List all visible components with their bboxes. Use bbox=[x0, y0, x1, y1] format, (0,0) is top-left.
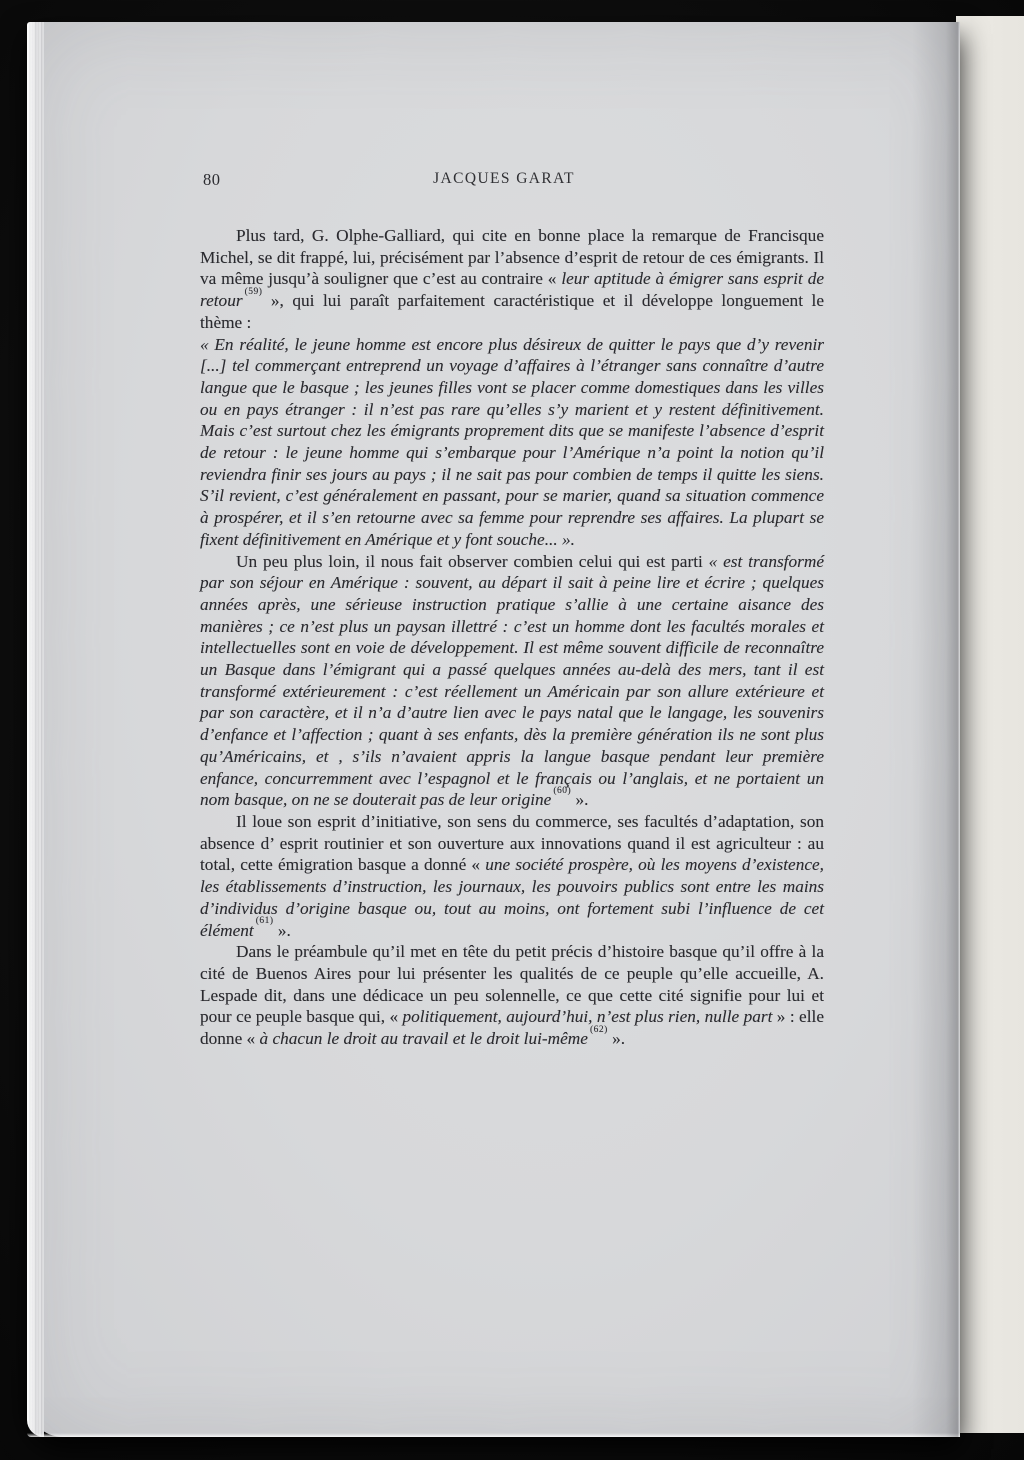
text-run: « est transformé par son séjour en Améri… bbox=[200, 552, 824, 810]
text-run: ». bbox=[571, 790, 588, 809]
page-header: 80 JACQUES GARAT bbox=[200, 170, 822, 192]
text-run: ». bbox=[608, 1029, 625, 1048]
text-run: Un peu plus loin, il nous fait observer … bbox=[236, 552, 709, 571]
footnote-ref: (59) bbox=[245, 287, 263, 297]
page-bottom-edge bbox=[27, 1433, 960, 1437]
book-page: 80 JACQUES GARAT Plus tard, G. Olphe-Gal… bbox=[27, 22, 960, 1437]
text-run: « En réalité, le jeune homme est encore … bbox=[200, 335, 824, 549]
paragraph: « En réalité, le jeune homme est encore … bbox=[200, 334, 824, 551]
photo-background: 80 JACQUES GARAT Plus tard, G. Olphe-Gal… bbox=[0, 0, 1024, 1460]
text-run: », qui lui paraît parfaitement caractéri… bbox=[200, 291, 824, 332]
footnote-ref: (60) bbox=[553, 786, 571, 796]
paragraph: Il loue son esprit d’initiative, son sen… bbox=[200, 811, 824, 941]
text-run: politiquement, aujourd’hui, n’est plus r… bbox=[403, 1007, 773, 1026]
running-title: JACQUES GARAT bbox=[200, 170, 808, 188]
text-run: à chacun le droit au travail et le droit… bbox=[260, 1029, 588, 1048]
footnote-ref: (62) bbox=[590, 1025, 608, 1035]
page-stack-edges bbox=[27, 22, 44, 1437]
paragraph: Dans le préambule qu’il met en tête du p… bbox=[200, 941, 824, 1050]
footnote-ref: (61) bbox=[256, 916, 274, 926]
text-run: ». bbox=[274, 921, 291, 940]
facing-page bbox=[956, 16, 1024, 1433]
body-text: Plus tard, G. Olphe-Galliard, qui cite e… bbox=[200, 225, 824, 1050]
paragraph: Un peu plus loin, il nous fait observer … bbox=[200, 551, 824, 811]
gutter-shadow bbox=[912, 22, 960, 1437]
paragraph: Plus tard, G. Olphe-Galliard, qui cite e… bbox=[200, 225, 824, 334]
